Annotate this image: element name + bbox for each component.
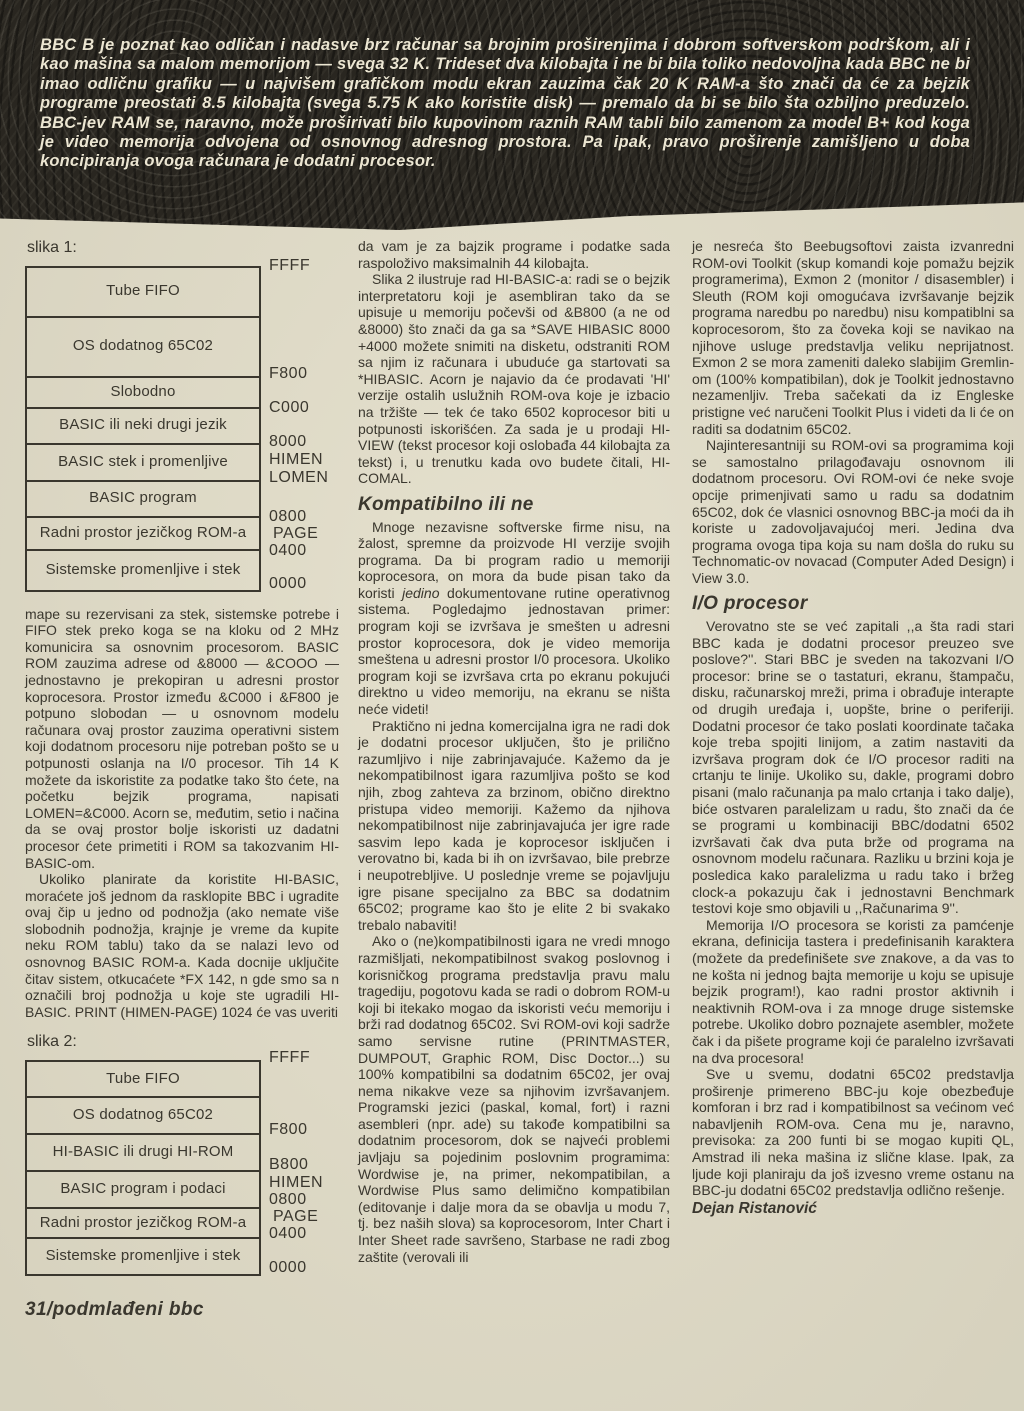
address-label: 0400 <box>269 1226 307 1243</box>
figure-1-title: slika 1: <box>27 240 339 257</box>
address-label: F800 <box>269 1122 307 1139</box>
address-label: 0800 <box>269 509 307 526</box>
body-paragraph: Najinteresantniji su ROM-ovi sa programi… <box>692 437 1014 586</box>
address-label: 0800 <box>269 1192 307 1209</box>
address-label: FFFF <box>269 1050 310 1067</box>
address-label: HIMEN <box>269 452 323 469</box>
address-label: 8000 <box>269 434 307 451</box>
address-label: FFFF <box>269 258 310 275</box>
body-paragraph: Ako o (ne)kompatibilnosti igara ne vredi… <box>358 933 670 1265</box>
body-paragraph: Ukoliko planirate da koristite HI-BASIC,… <box>25 871 339 1020</box>
body-paragraph: Slika 2 ilustruje rad HI-BASIC-a: radi s… <box>358 271 670 487</box>
memory-region-row: BASIC program i podaci <box>27 1172 259 1209</box>
section-heading-kompatibilno: Kompatibilno ili ne <box>358 497 670 514</box>
author-byline: Dejan Ristanović <box>692 1201 1014 1218</box>
address-label: LOMEN <box>269 470 328 487</box>
address-gutter: FFFF F800 B800 HIMEN 0800 PAGE 0400 0000 <box>269 1060 339 1276</box>
memory-region-row: BASIC ili neki drugi jezik <box>27 409 259 445</box>
section-heading-io-procesor: I/O procesor <box>692 596 1014 613</box>
address-gutter: FFFF F800 C000 8000 HIMEN LOMEN 0800 PAG… <box>269 266 339 592</box>
memory-map-box: Tube FIFO OS dodatnog 65C02 Slobodno BAS… <box>25 266 261 592</box>
page-footer: 31/podmlađeni bbc <box>25 1302 339 1319</box>
memory-map-box: Tube FIFO OS dodatnog 65C02 HI-BASIC ili… <box>25 1060 261 1276</box>
magazine-page: BBC B je poznat kao odličan i nadasve br… <box>0 0 1024 1411</box>
body-paragraph: mape su rezervisani za stek, sistemske p… <box>25 606 339 872</box>
address-label: PAGE <box>273 526 318 543</box>
column-3: je nesreća što Beebugsoftovi zaista izva… <box>692 238 1014 1217</box>
memory-region-row: BASIC program <box>27 482 259 518</box>
memory-region-row: Radni prostor jezičkog ROM-a <box>27 518 259 551</box>
memory-region-row: OS dodatnog 65C02 <box>27 318 259 378</box>
body-paragraph: Verovatno ste se već zapitali ,,a šta ra… <box>692 618 1014 917</box>
body-paragraph: da vam je za bajzik programe i podatke s… <box>358 238 670 271</box>
column-2: da vam je za bajzik programe i podatke s… <box>358 238 670 1265</box>
body-paragraph: Praktično ni jedna komercijalna igra ne … <box>358 718 670 934</box>
figure-2-memory-map: Tube FIFO OS dodatnog 65C02 HI-BASIC ili… <box>25 1060 339 1276</box>
figure-slika-2: slika 2: Tube FIFO OS dodatnog 65C02 HI-… <box>25 1034 339 1276</box>
address-label: F800 <box>269 366 307 383</box>
body-paragraph: je nesreća što Beebugsoftovi zaista izva… <box>692 238 1014 437</box>
address-label: 0000 <box>269 1260 307 1277</box>
memory-region-row: OS dodatnog 65C02 <box>27 1098 259 1135</box>
body-paragraph: Mnoge nezavisne softverske firme nisu, n… <box>358 519 670 718</box>
memory-region-row: Radni prostor jezičkog ROM-a <box>27 1209 259 1239</box>
memory-region-row: Slobodno <box>27 378 259 409</box>
intro-banner: BBC B je poznat kao odličan i nadasve br… <box>0 0 1024 230</box>
figure-slika-1: slika 1: Tube FIFO OS dodatnog 65C02 Slo… <box>25 240 339 592</box>
memory-region-row: HI-BASIC ili drugi HI-ROM <box>27 1135 259 1172</box>
figure-1-memory-map: Tube FIFO OS dodatnog 65C02 Slobodno BAS… <box>25 266 339 592</box>
memory-region-row: Sistemske promenljive i stek <box>27 1239 259 1274</box>
memory-region-row: Tube FIFO <box>27 1062 259 1098</box>
intro-paragraph: BBC B je poznat kao odličan i nadasve br… <box>40 36 970 172</box>
memory-region-row: Tube FIFO <box>27 268 259 318</box>
memory-region-row: BASIC stek i promenljive <box>27 445 259 482</box>
address-label: B800 <box>269 1157 308 1174</box>
column-1: slika 1: Tube FIFO OS dodatnog 65C02 Slo… <box>25 240 339 1319</box>
address-label: PAGE <box>273 1209 318 1226</box>
address-label: C000 <box>269 400 309 417</box>
address-label: 0000 <box>269 576 307 593</box>
body-paragraph: Sve u svemu, dodatni 65C02 predstavlja p… <box>692 1066 1014 1199</box>
memory-region-row: Sistemske promenljive i stek <box>27 551 259 590</box>
address-label: 0400 <box>269 543 307 560</box>
body-paragraph: Memorija I/O procesora se koristi za pam… <box>692 917 1014 1066</box>
address-label: HIMEN <box>269 1175 323 1192</box>
